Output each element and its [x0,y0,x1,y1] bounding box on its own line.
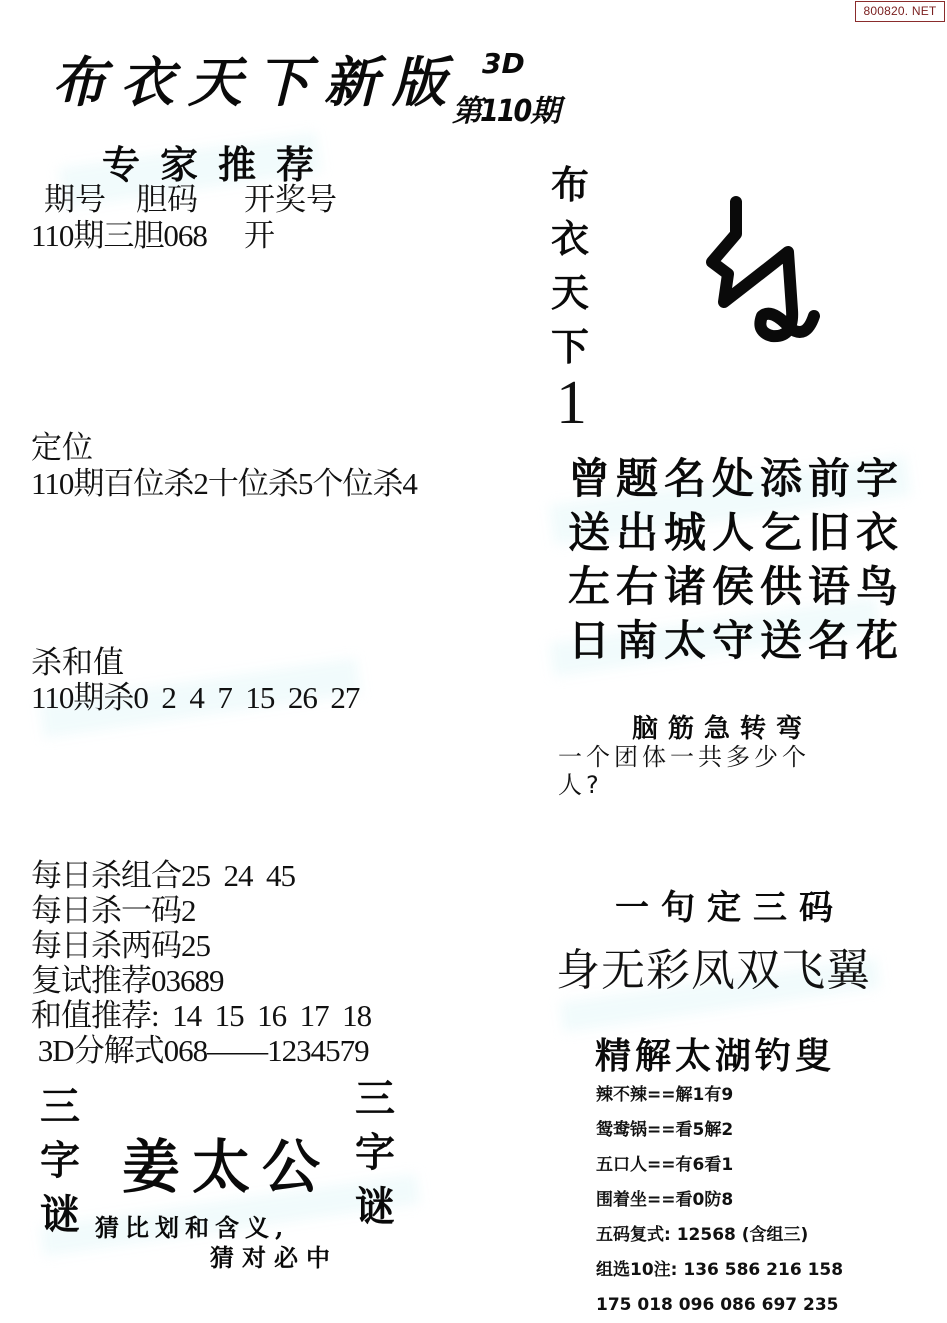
riddle-side-left: 三 字 谜 [30,1080,90,1242]
site-badge[interactable]: 800820. NET [855,1,945,22]
riddle-side-char: 三 [345,1072,405,1126]
expert-heading: 专家推荐 [102,134,334,189]
position-value: 110期百位杀2十位杀5个位杀4 [31,466,417,501]
daily-line: 和值推荐: 14 15 16 17 18 [31,998,371,1033]
fisherman-line: 鸳鸯锅==看5解2 [596,1113,843,1148]
sum-kill-label: 杀和值 [31,645,124,680]
brain-teaser-question-line2: 人? [558,770,603,800]
daily-list: 每日杀组合25 24 45 每日杀一码2 每日杀两码25 复试推荐03689 和… [31,858,371,1068]
vertical-title-char: 布 [540,158,600,212]
vertical-title-char: 天 [540,266,600,320]
riddle-side-char: 字 [30,1134,90,1188]
issue-label: 第110期 [452,86,558,130]
brain-teaser-heading: 脑筋急转弯 [632,708,812,745]
poem: 曾题名处添前字 送出城人乞旧衣 左右诸侯供语鸟 日南太守送名花 [568,452,904,668]
daily-line: 每日杀一码2 [31,893,371,928]
fisherman-line: 组选10注: 136 586 216 158 [596,1253,843,1288]
expert-row-content: 110期三胆068 [31,218,207,253]
poem-line: 曾题名处添前字 [568,452,904,506]
vertical-title-char: 下 [540,320,600,374]
fisherman-line: 围着坐==看0防8 [596,1183,843,1218]
fisherman-heading: 精解太湖钓叟 [595,1028,835,1079]
fisherman-line: 175 018 096 086 697 235 [596,1288,843,1323]
expert-col-issue: 期号 [44,182,106,217]
expert-col-result: 开奖号 [244,182,337,217]
riddle-side-char: 谜 [30,1188,90,1242]
poem-line: 左右诸侯供语鸟 [568,560,904,614]
riddle-side-char: 三 [30,1080,90,1134]
riddle-side-char: 字 [345,1126,405,1180]
fisherman-line: 五码复式: 12568 (含组三) [596,1218,843,1253]
game-label: 3D [482,47,525,80]
riddle-side-char: 谜 [345,1180,405,1234]
vertical-title-char: 衣 [540,212,600,266]
daily-line: 每日杀两码25 [31,928,371,963]
page-title: 布衣天下新版 [52,40,460,117]
expert-row-result: 开 [244,218,275,253]
riddle-side-right: 三 字 谜 [345,1072,405,1234]
handwritten-glyph-icon [690,190,840,370]
one-sentence-heading: 一句定三码 [615,880,845,929]
poem-line: 日南太守送名花 [568,614,904,668]
expert-col-code: 胆码 [136,182,198,217]
poem-line: 送出城人乞旧衣 [568,506,904,560]
featured-number: 1 [556,368,587,439]
daily-line: 每日杀组合25 24 45 [31,858,371,893]
one-sentence-phrase: 身无彩凤双飞翼 [556,934,871,998]
daily-line: 3D分解式068——1234579 [31,1033,371,1068]
fisherman-line: 辣不辣==解1有9 [596,1078,843,1113]
riddle-hint-line2: 猜对必中 [210,1238,338,1273]
fisherman-list: 辣不辣==解1有9 鸳鸯锅==看5解2 五口人==有6看1 围着坐==看0防8 … [596,1078,843,1323]
riddle-answer: 姜太公 [122,1120,332,1204]
fisherman-line: 五口人==有6看1 [596,1148,843,1183]
position-label: 定位 [31,430,93,465]
vertical-title: 布 衣 天 下 [540,158,600,374]
daily-line: 复试推荐03689 [31,963,371,998]
brain-teaser-question-line1: 一个团体一共多少个 [558,742,810,772]
sum-kill-value: 110期杀0 2 4 7 15 26 27 [31,680,359,715]
